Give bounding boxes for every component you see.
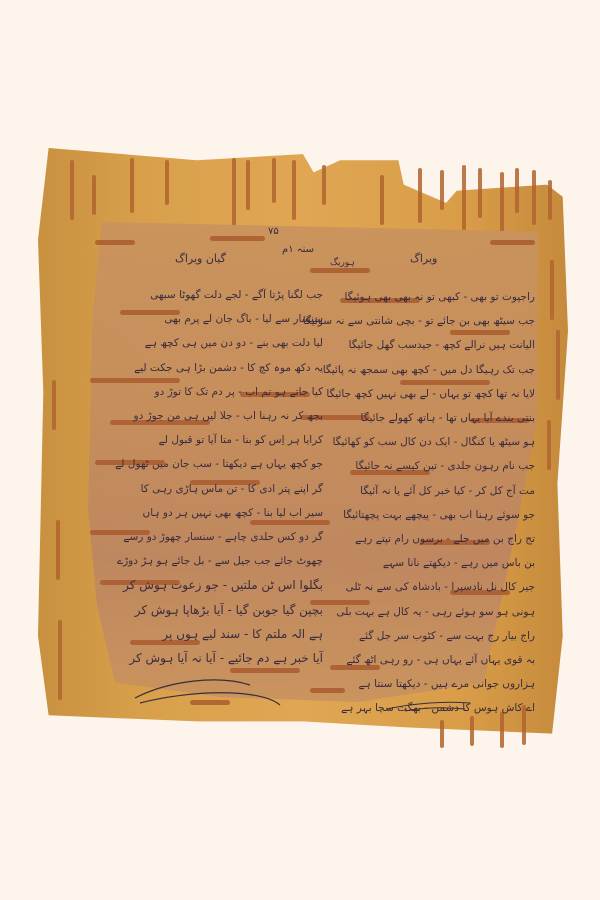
- text-line: لایا نہ تھا کچھ تو یہاں - لے بھی نہیں کچ…: [325, 382, 535, 406]
- text-line: جو کچھ یہاں ہے دیکھتا - سب جان میں ٹھول …: [118, 452, 323, 476]
- text-line: جیر کال نل نادسپرا - بادشاہ کی سے نہ ٹلی: [325, 575, 535, 599]
- text-line: بنتی بندے آیا یہاں تھا - ہاتھ کھولے جائی…: [325, 406, 535, 430]
- flourish-signature-left: [130, 670, 290, 710]
- text-line: بچپن گیا جوبن گیا - آیا بڑھاپا ہوش کر: [118, 598, 323, 622]
- right-text-column: راجپوت تو بھی - کبھی تو نہ بھی بھی ہوئیگ…: [325, 285, 535, 721]
- text-line: گر دو کس حلدی چاہے - سنسار چھوڑ دو رسے: [118, 525, 323, 549]
- center-heading: ہوریگ: [330, 258, 355, 268]
- text-line: آیا خبر ہے دم جائیے - آیا نہ آیا ہوش کر: [118, 646, 323, 670]
- text-line: بجھ کر نہ رہنا اب - جلا لیں ہی من جوڑ دو: [118, 404, 323, 428]
- text-line: جب نام رہون جلدی - تین کیسے نہ جائیگا: [325, 454, 535, 478]
- flourish-signature-right: [385, 697, 475, 717]
- text-line: جب لگنا پڑتا آگے - لجے دلت گھوٹا سبھی: [118, 283, 323, 307]
- text-line: گر اپنے پتر ادی کا - تن ماس ہاڑی رہی کا: [118, 477, 323, 501]
- text-line: جو سوئے رہنا اب بھی - پیچھے بہت پچھتائیگ…: [325, 503, 535, 527]
- text-line: ہے الہ ملتم کا - سند لیے ہوں پر: [118, 622, 323, 646]
- text-line: بہ قوی یہاں آئے یہاں ہی - رو رہی اٹھ گئے: [325, 648, 535, 672]
- text-line: سیر اب لیا بنا - کچھ بھی نہیں ہر دو ہاں: [118, 501, 323, 525]
- text-line: سنسار سے لیا - باگ جان لے پرم بھی: [118, 307, 323, 331]
- text-line: ہونی ہو سو ہوئے رہی - یہ کال ہے بہت بلی: [325, 600, 535, 624]
- text-line: جب سیٹھ بھی بن جائے تو - بچی شانتی سے نہ…: [325, 309, 535, 333]
- left-text-column: جب لگنا پڑتا آگے - لجے دلت گھوٹا سبھی سن…: [118, 283, 323, 670]
- text-line: ہزاروں جوانی مرے ہیں - دیکھتا سنتا ہے: [325, 672, 535, 696]
- text-line: مت آج کل کر - کیا خبر کل آئے یا نہ آئیگا: [325, 479, 535, 503]
- text-line: ہو سیٹھ یا کنگال - ایک دن کال سب کو کھائ…: [325, 430, 535, 454]
- page-number: ۷۵: [268, 226, 279, 237]
- text-line: بگلوا اس ٹن ملتیں - جو زعوت ہوش کر: [118, 573, 323, 597]
- text-line: تج راج بن میں جلے - برسوں رام تپتے رہے: [325, 527, 535, 551]
- text-line: راجپوت تو بھی - کبھی تو نہ بھی بھی ہوئیگ…: [325, 285, 535, 309]
- text-line: لیا دلت بھی بنے - دو دن میں ہی کچھ ہے: [118, 331, 323, 355]
- date-note: سنہ ۱م: [282, 244, 314, 255]
- text-line: جب تک رہیگا دل میں - کچھ بھی سمجھ نہ پائ…: [325, 358, 535, 382]
- left-heading: گیان ویراگ: [175, 252, 226, 265]
- text-line: راج بیار رج بہت سے - کٹوب سر جل گئے: [325, 624, 535, 648]
- right-heading: ویراگ: [410, 252, 437, 265]
- text-line: الیانت ہیں نرالے کچھ - جیدسب گھل جائیگا: [325, 333, 535, 357]
- text-line: کیا جاتے ہو تم اب - پر دم تک کا توڑ دو: [118, 380, 323, 404]
- text-line: بن باس میں رہے - دیکھتے نانا سہے: [325, 551, 535, 575]
- text-line: یہ دکھ موہ کچ کا - دشمن بڑا ہی جکت لیے: [118, 356, 323, 380]
- text-line: چھوٹ جائے جب جیل سے - بل جائے ہو ہڑ دوڑے: [118, 549, 323, 573]
- text-line: کرایا ہر اِس کو بنا - متا آیا تو قبول لے: [118, 428, 323, 452]
